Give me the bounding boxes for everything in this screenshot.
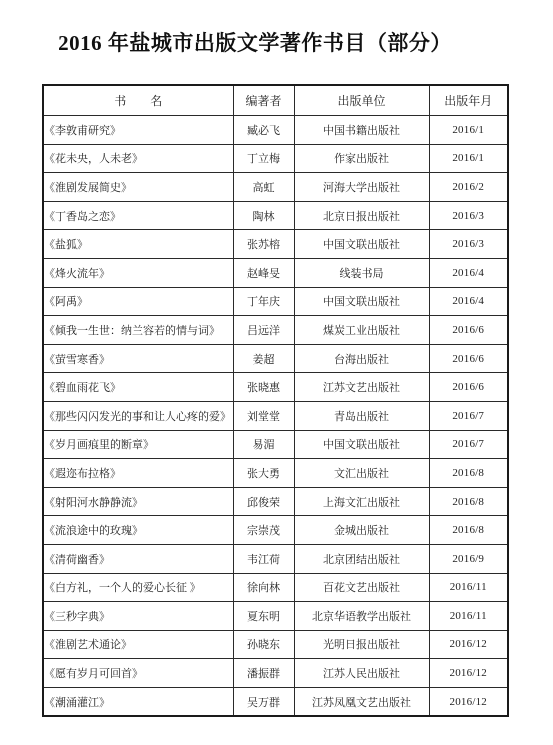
book-title-cell: 《白方礼，一个人的爱心长征 》 (43, 573, 233, 602)
table-row: 《遐迩布拉格》张大勇文汇出版社2016/8 (43, 459, 508, 488)
pub-date-cell: 2016/2 (429, 173, 508, 202)
publisher-cell: 上海文汇出版社 (294, 487, 429, 516)
table-row: 《李敦甫研究》臧必飞中国书籍出版社2016/1 (43, 116, 508, 145)
publisher-cell: 中国文联出版社 (294, 287, 429, 316)
table-row: 《萤雪寒香》姜超台海出版社2016/6 (43, 344, 508, 373)
publisher-cell: 中国书籍出版社 (294, 116, 429, 145)
pub-date-cell: 2016/8 (429, 487, 508, 516)
table-row: 《淮剧发展简史》高虹河海大学出版社2016/2 (43, 173, 508, 202)
publisher-cell: 百花文艺出版社 (294, 573, 429, 602)
table-body: 《李敦甫研究》臧必飞中国书籍出版社2016/1《花未央，人未老》丁立梅作家出版社… (43, 116, 508, 717)
book-title-cell: 《遐迩布拉格》 (43, 459, 233, 488)
table-row: 《花未央，人未老》丁立梅作家出版社2016/1 (43, 144, 508, 173)
author-cell: 刘堂堂 (233, 401, 294, 430)
book-title-cell: 《淮剧发展简史》 (43, 173, 233, 202)
author-cell: 徐向林 (233, 573, 294, 602)
author-cell: 姜超 (233, 344, 294, 373)
table-row: 《岁月画痕里的断章》易湄中国文联出版社2016/7 (43, 430, 508, 459)
author-cell: 张大勇 (233, 459, 294, 488)
publisher-cell: 江苏凤凰文艺出版社 (294, 687, 429, 716)
author-cell: 夏东明 (233, 602, 294, 631)
table-row: 《白方礼，一个人的爱心长征 》徐向林百花文艺出版社2016/11 (43, 573, 508, 602)
book-title-cell: 《岁月画痕里的断章》 (43, 430, 233, 459)
book-title-cell: 《倾我一生世：纳兰容若的情与词》 (43, 316, 233, 345)
author-cell: 吴万群 (233, 687, 294, 716)
pub-date-cell: 2016/7 (429, 401, 508, 430)
pub-date-cell: 2016/6 (429, 373, 508, 402)
author-cell: 臧必飞 (233, 116, 294, 145)
column-header-author: 编著者 (233, 85, 294, 116)
book-title-cell: 《流浪途中的玫瑰》 (43, 516, 233, 545)
author-cell: 易湄 (233, 430, 294, 459)
author-cell: 韦江荷 (233, 544, 294, 573)
publisher-cell: 河海大学出版社 (294, 173, 429, 202)
column-header-publisher: 出版单位 (294, 85, 429, 116)
book-title-cell: 《丁香岛之恋》 (43, 201, 233, 230)
pub-date-cell: 2016/12 (429, 659, 508, 688)
publisher-cell: 光明日报出版社 (294, 630, 429, 659)
publisher-cell: 江苏文艺出版社 (294, 373, 429, 402)
book-list-table: 书 名 编著者 出版单位 出版年月 《李敦甫研究》臧必飞中国书籍出版社2016/… (42, 84, 509, 717)
table-row: 《潮涌灌江》吴万群江苏凤凰文艺出版社2016/12 (43, 687, 508, 716)
pub-date-cell: 2016/12 (429, 630, 508, 659)
page-title: 2016 年盐城市出版文学著作书目（部分） (0, 27, 510, 57)
book-title-cell: 《碧血雨花飞》 (43, 373, 233, 402)
table-row: 《愿有岁月可回首》潘振群江苏人民出版社2016/12 (43, 659, 508, 688)
pub-date-cell: 2016/6 (429, 344, 508, 373)
book-title-cell: 《烽火流年》 (43, 258, 233, 287)
book-title-cell: 《盐狐》 (43, 230, 233, 259)
table-row: 《淮剧艺术通论》孙晓东光明日报出版社2016/12 (43, 630, 508, 659)
publisher-cell: 作家出版社 (294, 144, 429, 173)
table-row: 《三秒字典》夏东明北京华语教学出版社2016/11 (43, 602, 508, 631)
pub-date-cell: 2016/1 (429, 116, 508, 145)
table-row: 《碧血雨花飞》张晓惠江苏文艺出版社2016/6 (43, 373, 508, 402)
pub-date-cell: 2016/3 (429, 201, 508, 230)
table-row: 《射阳河水静静流》邱俊荣上海文汇出版社2016/8 (43, 487, 508, 516)
publisher-cell: 北京华语教学出版社 (294, 602, 429, 631)
pub-date-cell: 2016/6 (429, 316, 508, 345)
table-row: 《那些闪闪发光的事和让人心疼的爱》刘堂堂青岛出版社2016/7 (43, 401, 508, 430)
publisher-cell: 中国文联出版社 (294, 430, 429, 459)
book-title-cell: 《愿有岁月可回首》 (43, 659, 233, 688)
table-row: 《清荷幽香》韦江荷北京团结出版社2016/9 (43, 544, 508, 573)
author-cell: 潘振群 (233, 659, 294, 688)
author-cell: 丁立梅 (233, 144, 294, 173)
book-title-cell: 《花未央，人未老》 (43, 144, 233, 173)
author-cell: 高虹 (233, 173, 294, 202)
pub-date-cell: 2016/11 (429, 573, 508, 602)
author-cell: 邱俊荣 (233, 487, 294, 516)
book-title-cell: 《李敦甫研究》 (43, 116, 233, 145)
book-title-cell: 《那些闪闪发光的事和让人心疼的爱》 (43, 401, 233, 430)
publisher-cell: 台海出版社 (294, 344, 429, 373)
table-row: 《阿禹》丁年庆中国文联出版社2016/4 (43, 287, 508, 316)
book-title-cell: 《阿禹》 (43, 287, 233, 316)
publisher-cell: 中国文联出版社 (294, 230, 429, 259)
book-title-cell: 《潮涌灌江》 (43, 687, 233, 716)
table-row: 《丁香岛之恋》陶林北京日报出版社2016/3 (43, 201, 508, 230)
publisher-cell: 江苏人民出版社 (294, 659, 429, 688)
author-cell: 宗崇茂 (233, 516, 294, 545)
column-header-book-title: 书 名 (43, 85, 233, 116)
author-cell: 吕远洋 (233, 316, 294, 345)
publisher-cell: 北京日报出版社 (294, 201, 429, 230)
pub-date-cell: 2016/11 (429, 602, 508, 631)
table-row: 《倾我一生世：纳兰容若的情与词》吕远洋煤炭工业出版社2016/6 (43, 316, 508, 345)
author-cell: 丁年庆 (233, 287, 294, 316)
book-title-cell: 《淮剧艺术通论》 (43, 630, 233, 659)
document-page: 2016 年盐城市出版文学著作书目（部分） 书 名 编著者 出版单位 出版年月 … (0, 0, 553, 745)
pub-date-cell: 2016/4 (429, 287, 508, 316)
pub-date-cell: 2016/8 (429, 459, 508, 488)
pub-date-cell: 2016/4 (429, 258, 508, 287)
publisher-cell: 金城出版社 (294, 516, 429, 545)
pub-date-cell: 2016/9 (429, 544, 508, 573)
publisher-cell: 线装书局 (294, 258, 429, 287)
pub-date-cell: 2016/3 (429, 230, 508, 259)
pub-date-cell: 2016/7 (429, 430, 508, 459)
book-title-cell: 《射阳河水静静流》 (43, 487, 233, 516)
book-title-cell: 《清荷幽香》 (43, 544, 233, 573)
table-row: 《流浪途中的玫瑰》宗崇茂金城出版社2016/8 (43, 516, 508, 545)
author-cell: 张苏榕 (233, 230, 294, 259)
book-title-cell: 《三秒字典》 (43, 602, 233, 631)
publisher-cell: 北京团结出版社 (294, 544, 429, 573)
book-title-cell: 《萤雪寒香》 (43, 344, 233, 373)
author-cell: 孙晓东 (233, 630, 294, 659)
column-header-pub-date: 出版年月 (429, 85, 508, 116)
author-cell: 陶林 (233, 201, 294, 230)
table-row: 《烽火流年》赵峰旻线装书局2016/4 (43, 258, 508, 287)
pub-date-cell: 2016/12 (429, 687, 508, 716)
table-header-row: 书 名 编著者 出版单位 出版年月 (43, 85, 508, 116)
publisher-cell: 煤炭工业出版社 (294, 316, 429, 345)
publisher-cell: 青岛出版社 (294, 401, 429, 430)
pub-date-cell: 2016/1 (429, 144, 508, 173)
author-cell: 张晓惠 (233, 373, 294, 402)
author-cell: 赵峰旻 (233, 258, 294, 287)
table-row: 《盐狐》张苏榕中国文联出版社2016/3 (43, 230, 508, 259)
publisher-cell: 文汇出版社 (294, 459, 429, 488)
pub-date-cell: 2016/8 (429, 516, 508, 545)
